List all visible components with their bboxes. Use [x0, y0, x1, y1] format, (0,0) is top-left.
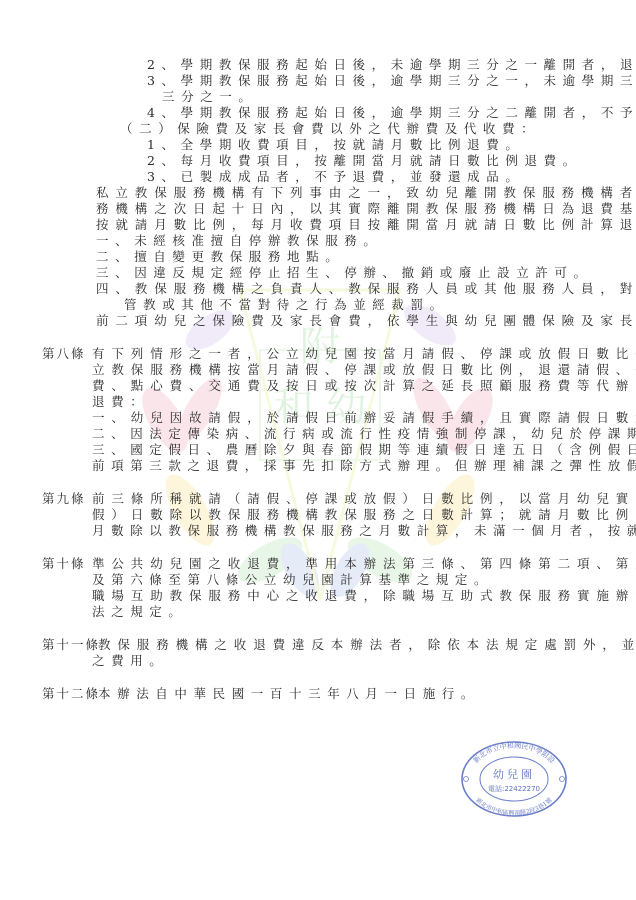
- article-10-label: 第十條: [42, 556, 86, 572]
- article-8-item-1: 一、幼兒因故請假，於請假日前辦妥請假手續，且實際請假日數連續達上課日五日以上。: [92, 410, 636, 426]
- article-8-line: 立教保服務機構按當月請假、停課或放假日數比例，退還請假、停課或放假期間之午餐: [92, 362, 636, 378]
- article-8-item-2: 二、因法定傳染病、流行病或流行性疫情強制停課，幼兒於停課期間配合停課。: [92, 426, 636, 442]
- article-12-line: 本辦法自中華民國一百十三年八月一日施行。: [98, 686, 480, 702]
- top-item-3: 3、學期教保服務起始日後，逾學期三分之一，未逾學期三分之二離開者，退還: [147, 73, 636, 89]
- top-item-4: 4、學期教保服務起始日後，逾學期三分之二離開者，不予退費。: [147, 105, 636, 121]
- section-two-item-2: 2、每月收費項目，按離開當月就請日數比例退費。: [147, 153, 582, 169]
- article-9-label: 第九條: [42, 491, 86, 507]
- private-clause-line-3: 按就請月數比例，每月收費項目按離開當月就請日數比例計算退費：: [96, 217, 636, 233]
- svg-text:電話:22422270: 電話:22422270: [488, 784, 540, 793]
- top-item-2: 2、學期教保服務起始日後，未逾學期三分之一離開者，退還三分之二。: [147, 57, 636, 73]
- article-11-line: 之費用。: [92, 653, 168, 669]
- section-two-item-1: 1、全學期收費項目，按就請月數比例退費。: [147, 137, 524, 153]
- article-9-line: 前三條所稱就請（請假、停課或放假）日數比例，以當月幼兒實際就請（請假、停課或放: [92, 491, 636, 507]
- article-12-label: 第十二條: [42, 686, 100, 702]
- private-item-2: 二、擅自變更教保服務地點。: [96, 249, 344, 265]
- article-9-line: 假）日數除以教保服務機構教保服務之日數計算；就請月數比例，以全學期幼兒實際就請: [92, 507, 636, 523]
- svg-text:新北市立中和國民中學附設: 新北市立中和國民中學附設: [471, 741, 557, 765]
- top-item-3-cont: 三分之一。: [162, 89, 258, 105]
- svg-text:新北市中和區興南路2段3巷1號: 新北市中和區興南路2段3巷1號: [474, 796, 553, 817]
- private-clause-line-1: 私立教保服務機構有下列事由之一，致幼兒離開教保服務機構者，應於幼兒離開教保服: [96, 185, 636, 201]
- private-item-4: 四、教保服務機構之負責人、教保服務人員或其他服務人員，對幼兒有身心虐待、不當: [96, 281, 636, 297]
- svg-text:幼兒園: 幼兒園: [493, 767, 535, 781]
- article-10-line: 準公共幼兒園之收退費，準用本辦法第三條、第四條第二項、第五條、第九條、第十一條: [92, 556, 636, 572]
- article-10-line: 職場互助教保服務中心之收退費，除職場互助式教保服務實施辦法另有規定外，準用本辦: [92, 588, 636, 604]
- article-11-line: 教保服務機構之收退費違反本辦法者，除依本法規定處罰外，並應退還違法收取或應退: [98, 637, 636, 653]
- article-8-label: 第八條: [42, 346, 86, 362]
- private-clause-line-2: 務機構之次日起十日內，以其實際離開教保服務機構日為退費基準日，全學期收費項目: [96, 201, 636, 217]
- private-item-3: 三、因違反規定經停止招生、停辦、撤銷或廢止設立許可。: [96, 265, 593, 281]
- private-item-1: 一、未經核准擅自停辦教保服務。: [96, 233, 383, 249]
- official-seal-stamp: 新北市立中和國民中學附設 新北市中和區興南路2段3巷1號 幼兒園 電話:2242…: [460, 740, 568, 818]
- section-two-heading: （二）保險費及家長會費以外之代辦費及代收費：: [120, 121, 540, 137]
- article-11-label: 第十一條: [42, 637, 100, 653]
- article-8-closing: 前項第三款之退費，採事先扣除方式辦理。但辦理補課之彈性放假日，不予退費。: [92, 458, 636, 474]
- article-10-line: 及第六條至第八條公立幼兒園計算基準之規定。: [92, 572, 493, 588]
- article-8-item-3: 三、國定假日、農曆除夕與春節假期等連續假日達五日（含例假日）以上。: [92, 442, 636, 458]
- article-10-line: 法之規定。: [92, 604, 188, 620]
- private-item-4-cont: 管教或其他不當對待之行為並經裁罰。: [124, 297, 449, 313]
- section-two-item-3: 3、已製成成品者，不予退費，並發還成品。: [147, 169, 524, 185]
- article-8-line: 費、點心費、交通費及按日或按次計算之延長照顧服務費等代辦費項目，其餘項目不予: [92, 378, 636, 394]
- article-9-line: 月數除以教保服務機構教保服務之月數計算，未滿一個月者，按就請日數比例計算。: [92, 523, 636, 539]
- article-8-line: 有下列情形之一者，公立幼兒園按當月請假、停課或放假日數比例，退還繳交費用；私: [92, 346, 636, 362]
- private-clause-closing: 前二項幼兒之保險費及家長會費，依學生與幼兒團體保險及家長會設置相關規定退費。: [96, 313, 636, 329]
- article-8-line: 退費：: [92, 394, 149, 410]
